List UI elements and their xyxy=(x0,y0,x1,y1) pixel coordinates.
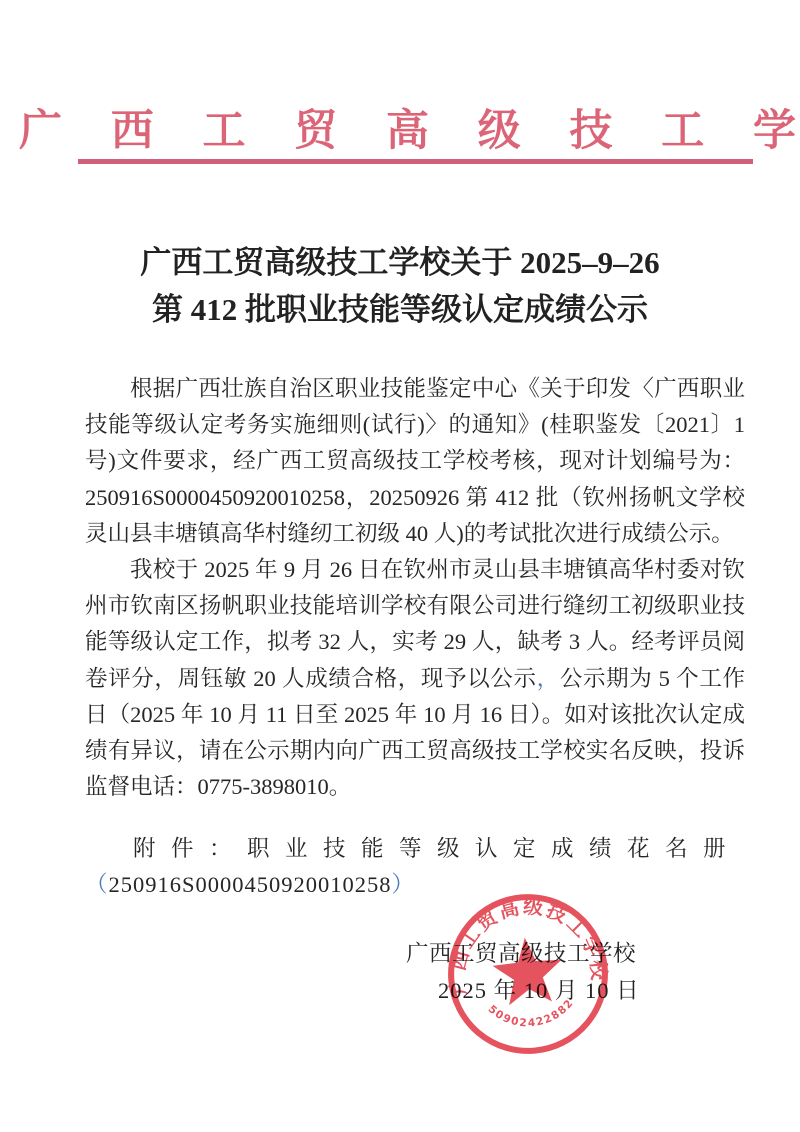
document-body: 根据广西壮族自治区职业技能鉴定中心《关于印发〈广西职业技能等级认定考务实施细则(… xyxy=(85,371,745,805)
document-title: 广西工贸高级技工学校关于 2025–9–26 第 412 批职业技能等级认定成绩… xyxy=(0,239,800,333)
official-seal-stamp: 广西工贸高级技工学校 4509024228828 xyxy=(435,881,621,1067)
letterhead-rule xyxy=(78,159,753,164)
paren-close: ） xyxy=(392,872,416,897)
seal-star-icon xyxy=(490,935,565,1007)
title-line-2: 第 412 批职业技能等级认定成绩公示 xyxy=(0,286,800,333)
paragraph-1: 根据广西壮族自治区职业技能鉴定中心《关于印发〈广西职业技能等级认定考务实施细则(… xyxy=(85,371,745,552)
paragraph-2: 我校于 2025 年 9 月 26 日在钦州市灵山县丰塘镇高华村委对钦州市钦南区… xyxy=(85,552,745,805)
attachment-code: 250916S0000450920010258 xyxy=(109,872,392,897)
attachment-label: 附件：职业技能等级认定成绩花名册 xyxy=(85,831,785,863)
blue-comma: ， xyxy=(537,666,560,691)
title-line-1: 广西工贸高级技工学校关于 2025–9–26 xyxy=(0,239,800,286)
document-page: 广 西 工 贸 高 级 技 工 学 校 广西工贸高级技工学校关于 2025–9–… xyxy=(0,0,800,1132)
letterhead-school-name: 广 西 工 贸 高 级 技 工 学 校 xyxy=(0,97,800,158)
paren-open: （ xyxy=(85,872,109,897)
attachment-code-line: （250916S0000450920010258） xyxy=(85,867,415,899)
